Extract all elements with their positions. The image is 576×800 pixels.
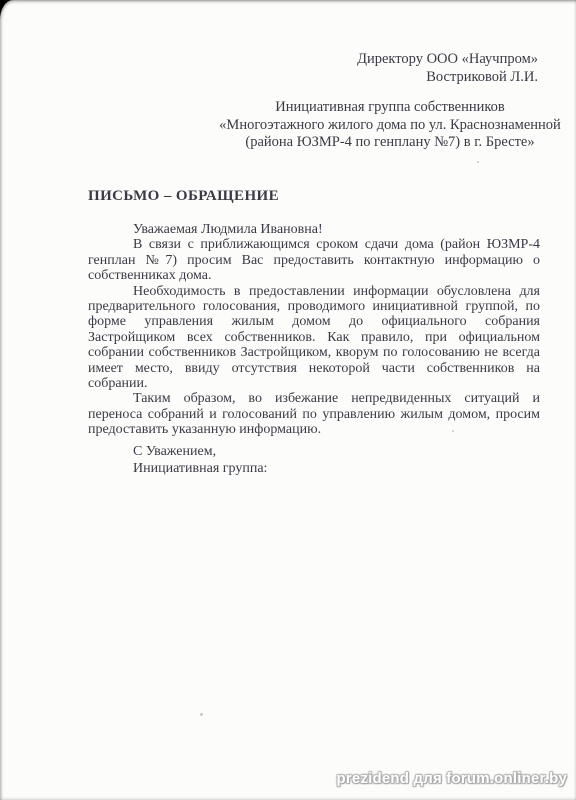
letter-body: Уважаемая Людмила Ивановна! В связи с пр… — [88, 222, 540, 438]
sender-block: Инициативная группа собственников «Много… — [210, 99, 570, 152]
scan-speck — [477, 161, 479, 163]
scanned-letter-page: Директору ООО «Научпром» Востриковой Л.И… — [0, 0, 576, 800]
recipient-line: Директору ООО «Научпром» — [357, 51, 538, 69]
letter-heading: ПИСЬМО – ОБРАЩЕНИЕ — [88, 188, 279, 205]
watermark-text: prezidend для forum.onliner.by — [337, 770, 568, 787]
sender-line: Инициативная группа собственников — [210, 99, 570, 117]
closing-line: Инициативная группа: — [133, 461, 267, 478]
scan-speck — [452, 430, 454, 432]
paragraph: Таким образом, во избежание непредвиденн… — [88, 391, 540, 437]
closing-line: С Уважением, — [133, 444, 267, 461]
salutation: Уважаемая Людмила Ивановна! — [88, 222, 540, 237]
closing-block: С Уважением, Инициативная группа: — [133, 444, 267, 477]
recipient-line: Востриковой Л.И. — [357, 69, 538, 87]
scan-speck — [200, 713, 203, 716]
paragraph: Необходимость в предоставлении информаци… — [88, 284, 540, 392]
sender-line: (района ЮЗМР-4 по генплану №7) в г. Брес… — [210, 134, 570, 152]
sender-line: «Многоэтажного жилого дома по ул. Красно… — [210, 117, 570, 135]
paragraph: В связи с приближающимся сроком сдачи до… — [88, 237, 540, 283]
recipient-block: Директору ООО «Научпром» Востриковой Л.И… — [357, 51, 538, 86]
